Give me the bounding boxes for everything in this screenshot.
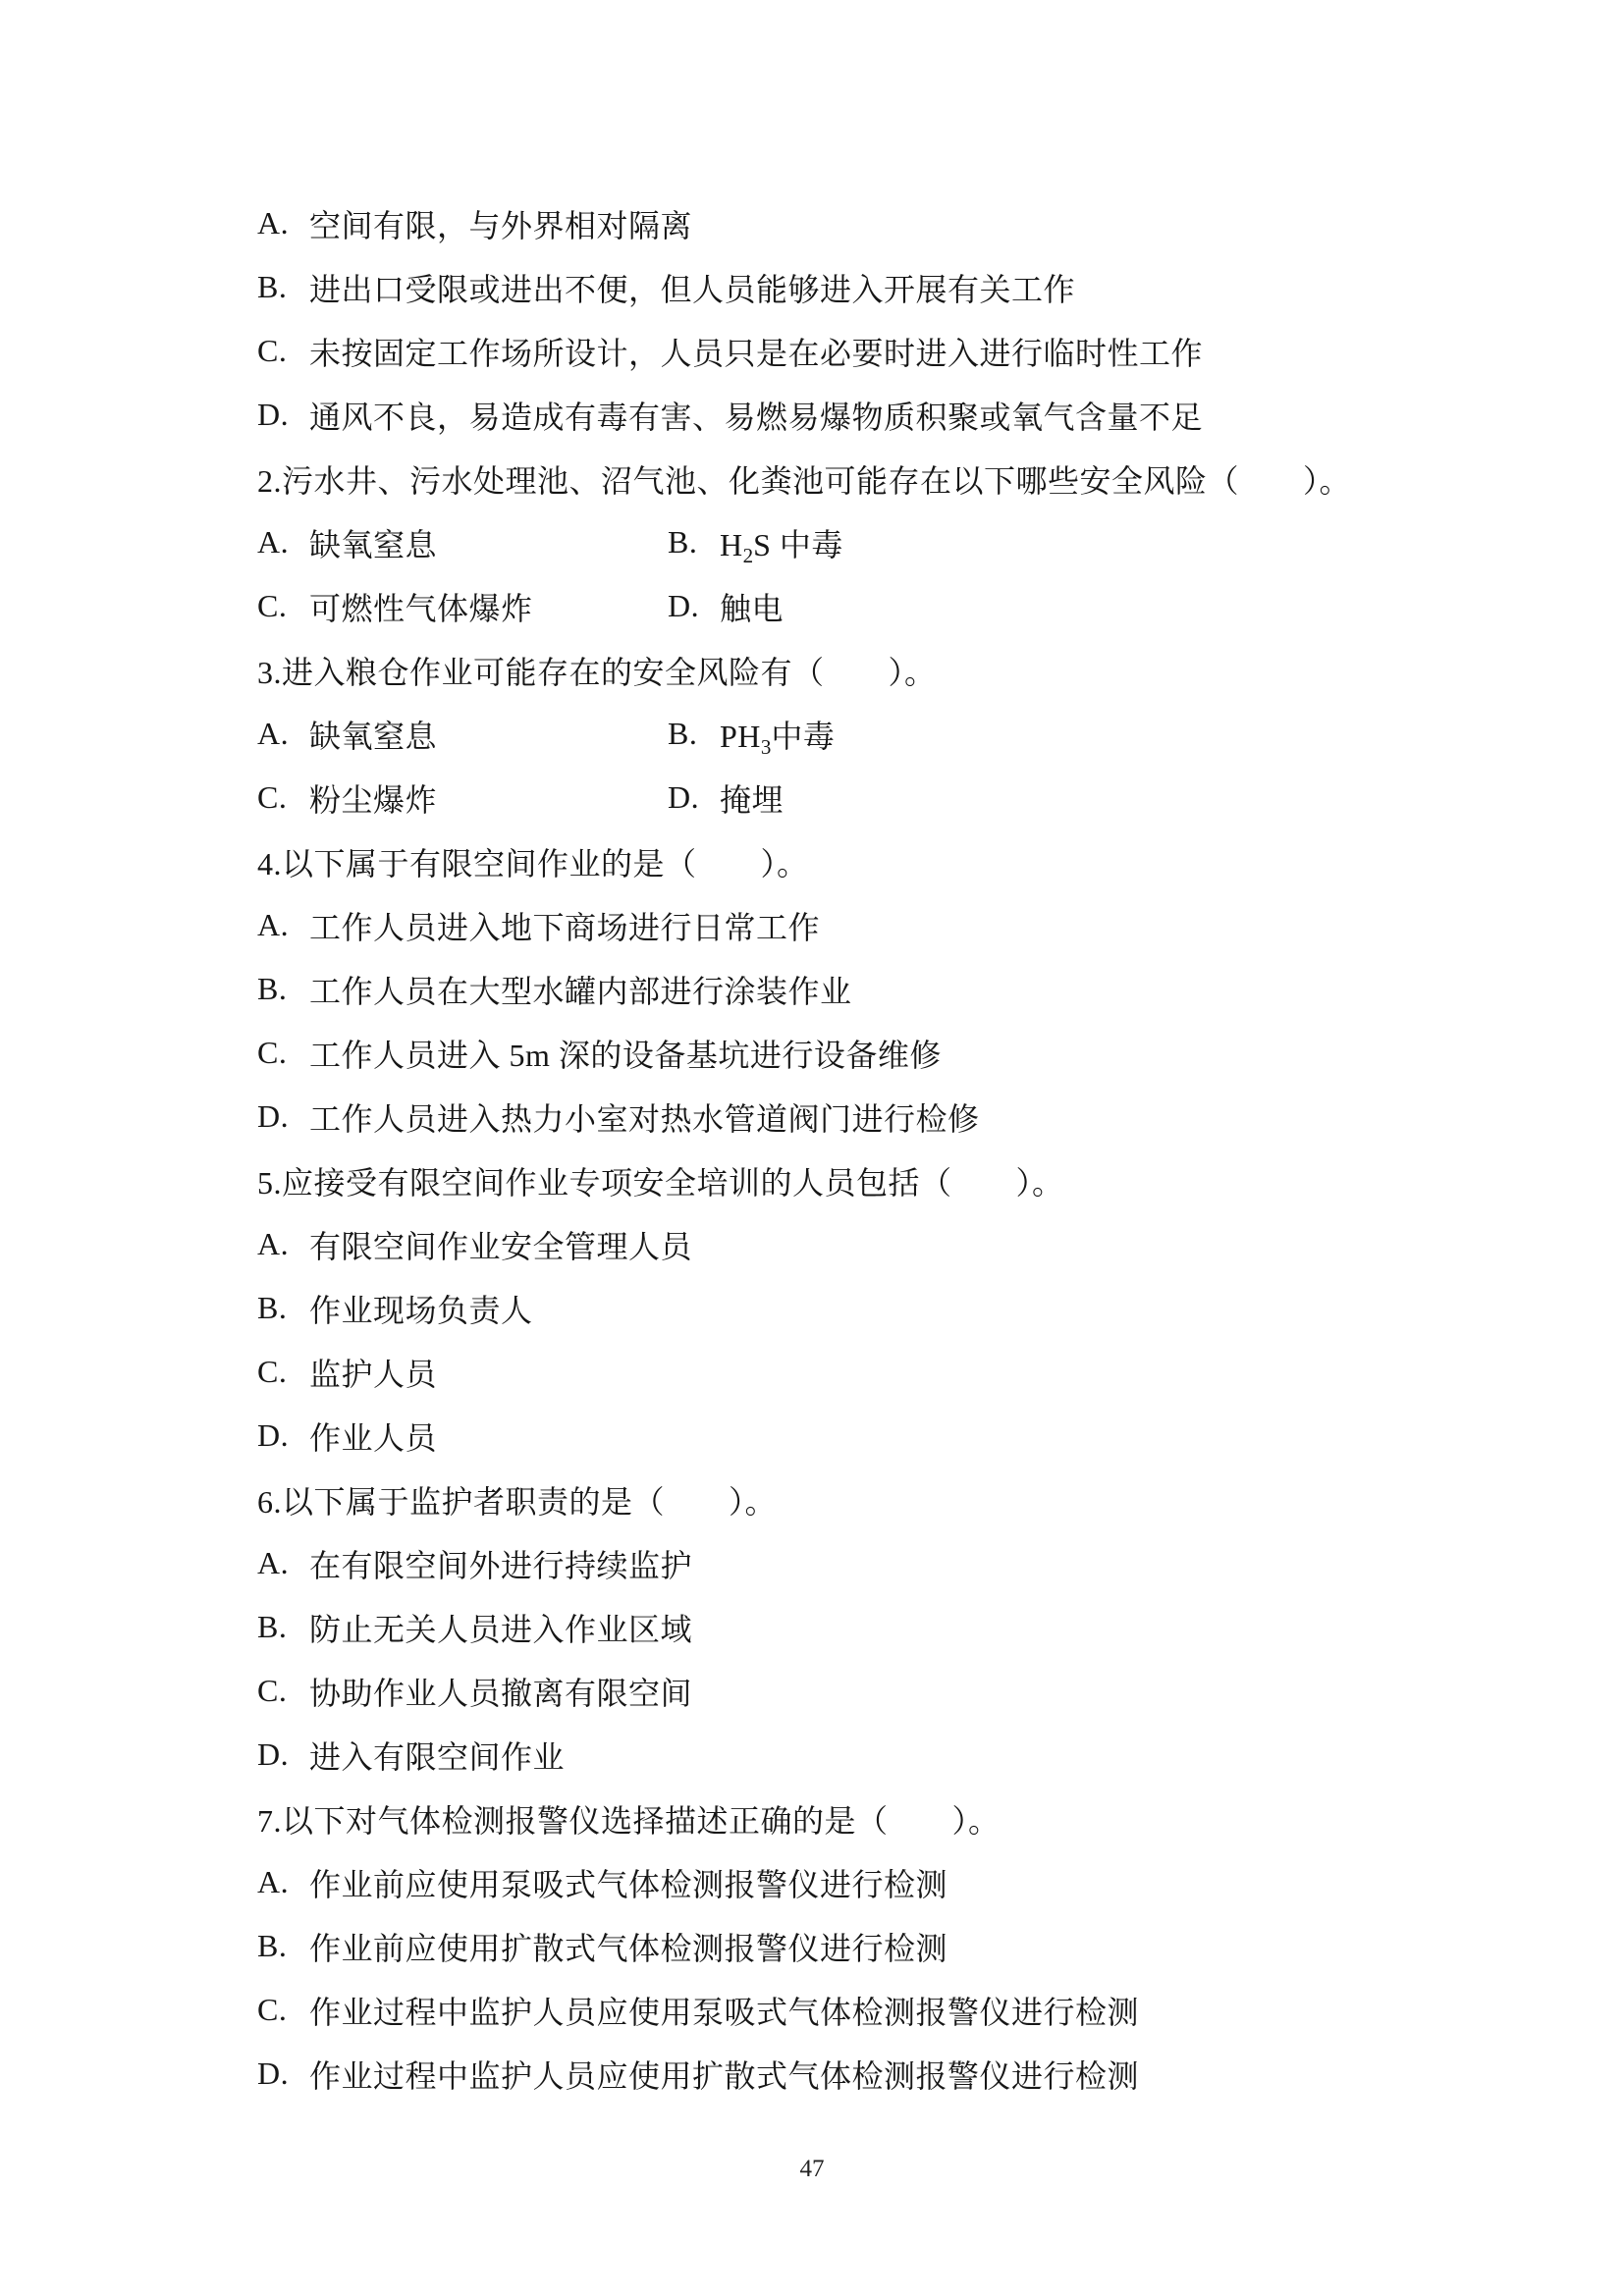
- q2-option-a: A.缺氧窒息: [257, 520, 668, 565]
- q6-option-b: B.防止无关人员进入作业区域: [257, 1595, 1583, 1659]
- option-label: B.: [257, 1290, 309, 1326]
- option-label: C.: [257, 333, 309, 369]
- option-text: 掩埋: [720, 775, 784, 821]
- option-text: 进出口受限或进出不便，但人员能够进入开展有关工作: [309, 265, 1075, 310]
- q2-options-row-1: A.缺氧窒息 B.H2S 中毒: [257, 510, 1583, 574]
- q3-option-a: A.缺氧窒息: [257, 712, 668, 757]
- q5-option-d: D.作业人员: [257, 1404, 1583, 1468]
- q1-option-b: B.进出口受限或进出不便，但人员能够进入开展有关工作: [257, 255, 1583, 319]
- chemical-formula-ph3: PH3中毒: [720, 712, 835, 757]
- option-text: 监护人员: [309, 1350, 437, 1395]
- formula-pre: H: [720, 527, 743, 562]
- q5-option-c: C.监护人员: [257, 1340, 1583, 1404]
- q1-option-d: D.通风不良，易造成有毒有害、易燃易爆物质积聚或氧气含量不足: [257, 383, 1583, 447]
- option-text: 通风不良，易造成有毒有害、易燃易爆物质积聚或氧气含量不足: [309, 393, 1203, 438]
- q6-option-d: D.进入有限空间作业: [257, 1723, 1583, 1787]
- option-label: C.: [257, 1992, 309, 2028]
- q3-option-b: B.PH3中毒: [668, 712, 835, 757]
- q6-option-a: A.在有限空间外进行持续监护: [257, 1531, 1583, 1595]
- option-text: 缺氧窒息: [309, 712, 437, 757]
- option-text: 作业现场负责人: [309, 1286, 533, 1331]
- q6-stem: 6.以下属于监护者职责的是（ ）。: [257, 1468, 1583, 1531]
- q4-option-c: C.工作人员进入 5m 深的设备基坑进行设备维修: [257, 1021, 1583, 1085]
- option-label: B.: [257, 1609, 309, 1645]
- q4-stem: 4.以下属于有限空间作业的是（ ）。: [257, 829, 1583, 893]
- formula-post: S 中毒: [753, 527, 843, 562]
- q1-option-a: A.空间有限，与外界相对隔离: [257, 191, 1583, 255]
- document-page: A.空间有限，与外界相对隔离 B.进出口受限或进出不便，但人员能够进入开展有关工…: [0, 0, 1624, 2296]
- formula-subscript: 2: [743, 544, 754, 567]
- q3-stem: 3.进入粮仓作业可能存在的安全风险有（ ）。: [257, 638, 1583, 702]
- option-label: A.: [257, 716, 309, 752]
- option-label: B.: [257, 269, 309, 305]
- option-label: C.: [257, 588, 309, 624]
- option-text: 在有限空间外进行持续监护: [309, 1541, 692, 1586]
- option-label: D.: [257, 1736, 309, 1773]
- q7-stem: 7.以下对气体检测报警仪选择描述正确的是（ ）。: [257, 1787, 1583, 1850]
- option-text: 进入有限空间作业: [309, 1733, 565, 1778]
- option-label: C.: [257, 779, 309, 816]
- option-label: B.: [257, 1928, 309, 1964]
- option-label: D.: [257, 1098, 309, 1135]
- option-label: A.: [257, 907, 309, 943]
- option-text: 作业前应使用泵吸式气体检测报警仪进行检测: [309, 1860, 947, 1905]
- q7-option-a: A.作业前应使用泵吸式气体检测报警仪进行检测: [257, 1850, 1583, 1914]
- option-text: 作业前应使用扩散式气体检测报警仪进行检测: [309, 1924, 947, 1969]
- q2-stem: 2.污水井、污水处理池、沼气池、化粪池可能存在以下哪些安全风险（ ）。: [257, 447, 1583, 510]
- q2-options-row-2: C.可燃性气体爆炸 D.触电: [257, 574, 1583, 638]
- q2-option-d: D.触电: [668, 584, 784, 629]
- q7-option-b: B.作业前应使用扩散式气体检测报警仪进行检测: [257, 1914, 1583, 1978]
- q5-option-a: A.有限空间作业安全管理人员: [257, 1212, 1583, 1276]
- option-label: A.: [257, 1226, 309, 1262]
- formula-post: 中毒: [771, 719, 835, 754]
- option-text: 协助作业人员撤离有限空间: [309, 1669, 692, 1714]
- option-text: 未按固定工作场所设计，人员只是在必要时进入进行临时性工作: [309, 329, 1203, 374]
- q5-stem: 5.应接受有限空间作业专项安全培训的人员包括（ ）。: [257, 1148, 1583, 1212]
- option-label: A.: [257, 1545, 309, 1581]
- option-text: 可燃性气体爆炸: [309, 584, 533, 629]
- q4-option-b: B.工作人员在大型水罐内部进行涂装作业: [257, 957, 1583, 1021]
- q4-option-d: D.工作人员进入热力小室对热水管道阀门进行检修: [257, 1085, 1583, 1148]
- option-text: 作业人员: [309, 1414, 437, 1459]
- q1-option-c: C.未按固定工作场所设计，人员只是在必要时进入进行临时性工作: [257, 319, 1583, 383]
- option-text: 空间有限，与外界相对隔离: [309, 201, 692, 246]
- q5-option-b: B.作业现场负责人: [257, 1276, 1583, 1340]
- q3-option-d: D.掩埋: [668, 775, 784, 821]
- q3-options-row-1: A.缺氧窒息 B.PH3中毒: [257, 702, 1583, 766]
- option-label: B.: [668, 716, 720, 752]
- option-label: D.: [257, 2056, 309, 2092]
- option-label: A.: [257, 524, 309, 561]
- q3-option-c: C.粉尘爆炸: [257, 775, 668, 821]
- option-label: A.: [257, 1864, 309, 1900]
- option-label: C.: [257, 1035, 309, 1071]
- q7-option-c: C.作业过程中监护人员应使用泵吸式气体检测报警仪进行检测: [257, 1978, 1583, 2042]
- page-number: 47: [0, 2156, 1624, 2183]
- q7-option-d: D.作业过程中监护人员应使用扩散式气体检测报警仪进行检测: [257, 2042, 1583, 2106]
- exam-questions: A.空间有限，与外界相对隔离 B.进出口受限或进出不便，但人员能够进入开展有关工…: [257, 191, 1583, 2106]
- option-label: D.: [668, 779, 720, 816]
- q2-option-c: C.可燃性气体爆炸: [257, 584, 668, 629]
- option-label: D.: [668, 588, 720, 624]
- option-text: 粉尘爆炸: [309, 775, 437, 821]
- option-text: 工作人员在大型水罐内部进行涂装作业: [309, 967, 852, 1012]
- option-text: 作业过程中监护人员应使用泵吸式气体检测报警仪进行检测: [309, 1988, 1139, 2033]
- q2-option-b: B.H2S 中毒: [668, 520, 843, 565]
- option-text: 工作人员进入地下商场进行日常工作: [309, 903, 820, 948]
- option-text: 工作人员进入热力小室对热水管道阀门进行检修: [309, 1095, 980, 1140]
- option-text: 触电: [720, 584, 784, 629]
- option-text: 缺氧窒息: [309, 520, 437, 565]
- option-label: B.: [668, 524, 720, 561]
- chemical-formula-h2s: H2S 中毒: [720, 520, 843, 565]
- q6-option-c: C.协助作业人员撤离有限空间: [257, 1659, 1583, 1723]
- q3-options-row-2: C.粉尘爆炸 D.掩埋: [257, 766, 1583, 829]
- option-text: 工作人员进入 5m 深的设备基坑进行设备维修: [309, 1031, 942, 1076]
- option-label: A.: [257, 205, 309, 241]
- option-text: 作业过程中监护人员应使用扩散式气体检测报警仪进行检测: [309, 2052, 1139, 2097]
- option-label: B.: [257, 971, 309, 1007]
- option-label: D.: [257, 397, 309, 433]
- formula-subscript: 3: [761, 735, 772, 759]
- option-label: C.: [257, 1354, 309, 1390]
- option-label: D.: [257, 1417, 309, 1454]
- option-text: 防止无关人员进入作业区域: [309, 1605, 692, 1650]
- option-label: C.: [257, 1673, 309, 1709]
- option-text: 有限空间作业安全管理人员: [309, 1222, 692, 1267]
- formula-pre: PH: [720, 719, 761, 754]
- q4-option-a: A.工作人员进入地下商场进行日常工作: [257, 893, 1583, 957]
